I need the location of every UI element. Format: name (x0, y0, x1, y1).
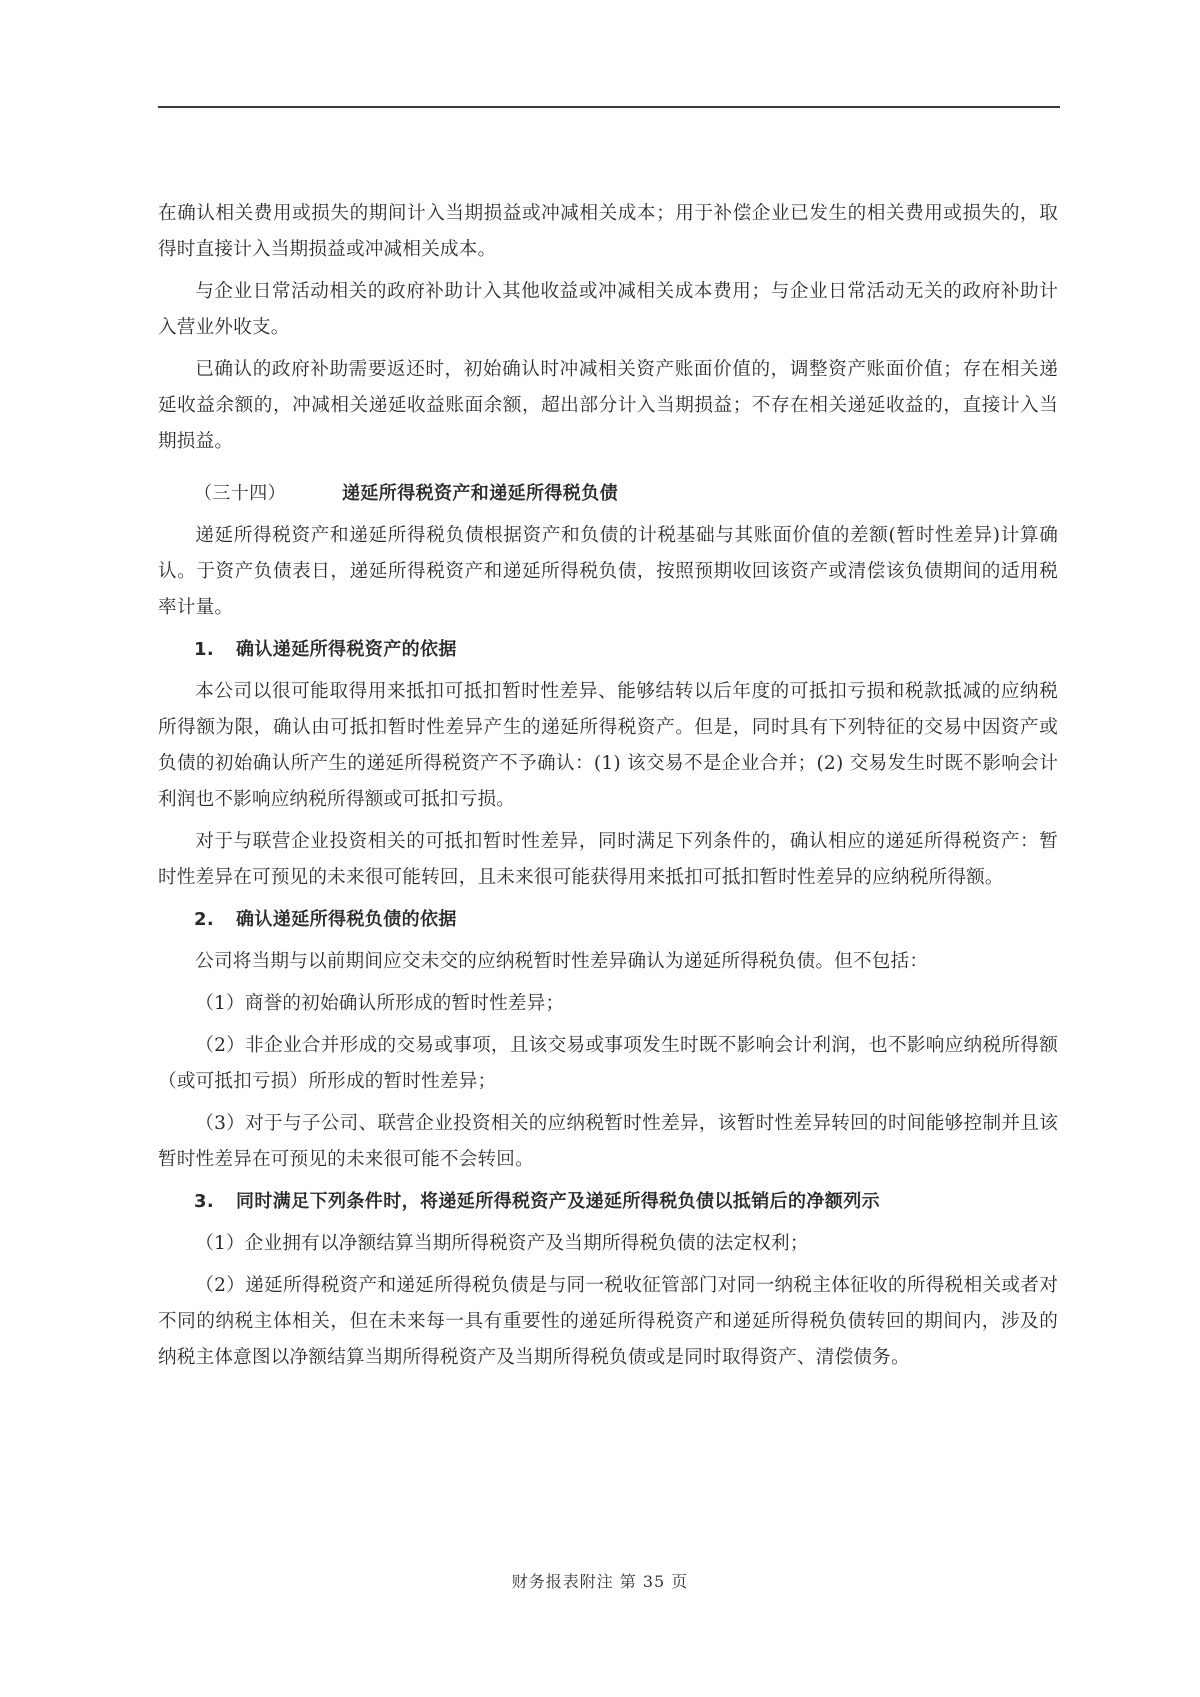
section-intro: 递延所得税资产和递延所得税负债根据资产和负债的计税基础与其账面价值的差额(暂时性… (158, 518, 1058, 626)
subsection-heading-1: 1.确认递延所得税资产的依据 (158, 632, 1058, 668)
paragraph-grant-daily-activity: 与企业日常活动相关的政府补助计入其他收益或冲减相关成本费用；与企业日常活动无关的… (158, 274, 1058, 346)
paragraph: 本公司以很可能取得用来抵扣可抵扣暂时性差异、能够结转以后年度的可抵扣亏损和税款抵… (158, 674, 1058, 818)
list-item: （2）递延所得税资产和递延所得税负债是与同一税收征管部门对同一纳税主体征收的所得… (158, 1268, 1058, 1376)
page-body: 在确认相关费用或损失的期间计入当期损益或冲减相关成本；用于补偿企业已发生的相关费… (158, 196, 1058, 1382)
section-title: 递延所得税资产和递延所得税负债 (342, 483, 618, 504)
list-item: （1）商誉的初始确认所形成的暂时性差异； (158, 986, 1058, 1022)
paragraph-grant-continuation: 在确认相关费用或损失的期间计入当期损益或冲减相关成本；用于补偿企业已发生的相关费… (158, 196, 1058, 268)
list-item: （3）对于与子公司、联营企业投资相关的应纳税暂时性差异，该暂时性差异转回的时间能… (158, 1106, 1058, 1178)
paragraph-grant-repayment: 已确认的政府补助需要返还时，初始确认时冲减相关资产账面价值的，调整资产账面价值；… (158, 352, 1058, 460)
subsection-number: 2. (194, 902, 236, 938)
subsection-heading-3: 3.同时满足下列条件时，将递延所得税资产及递延所得税负债以抵销后的净额列示 (158, 1184, 1058, 1220)
subsection-title: 同时满足下列条件时，将递延所得税资产及递延所得税负债以抵销后的净额列示 (236, 1191, 880, 1212)
subsection-heading-2: 2.确认递延所得税负债的依据 (158, 902, 1058, 938)
subsection-number: 1. (194, 632, 236, 668)
section-heading: （三十四）递延所得税资产和递延所得税负债 (158, 476, 1058, 512)
header-rule (158, 106, 1060, 108)
subsection-number: 3. (194, 1184, 236, 1220)
subsection-title: 确认递延所得税资产的依据 (236, 639, 457, 660)
paragraph: 公司将当期与以前期间应交未交的应纳税暂时性差异确认为递延所得税负债。但不包括： (158, 944, 1058, 980)
paragraph: 对于与联营企业投资相关的可抵扣暂时性差异，同时满足下列条件的，确认相应的递延所得… (158, 824, 1058, 896)
subsection-title: 确认递延所得税负债的依据 (236, 909, 457, 930)
page-footer: 财务报表附注 第 35 页 (0, 1569, 1200, 1592)
list-item: （2）非企业合并形成的交易或事项，且该交易或事项发生时既不影响会计利润，也不影响… (158, 1028, 1058, 1100)
section-number: （三十四） (194, 476, 342, 512)
list-item: （1）企业拥有以净额结算当期所得税资产及当期所得税负债的法定权利； (158, 1226, 1058, 1262)
